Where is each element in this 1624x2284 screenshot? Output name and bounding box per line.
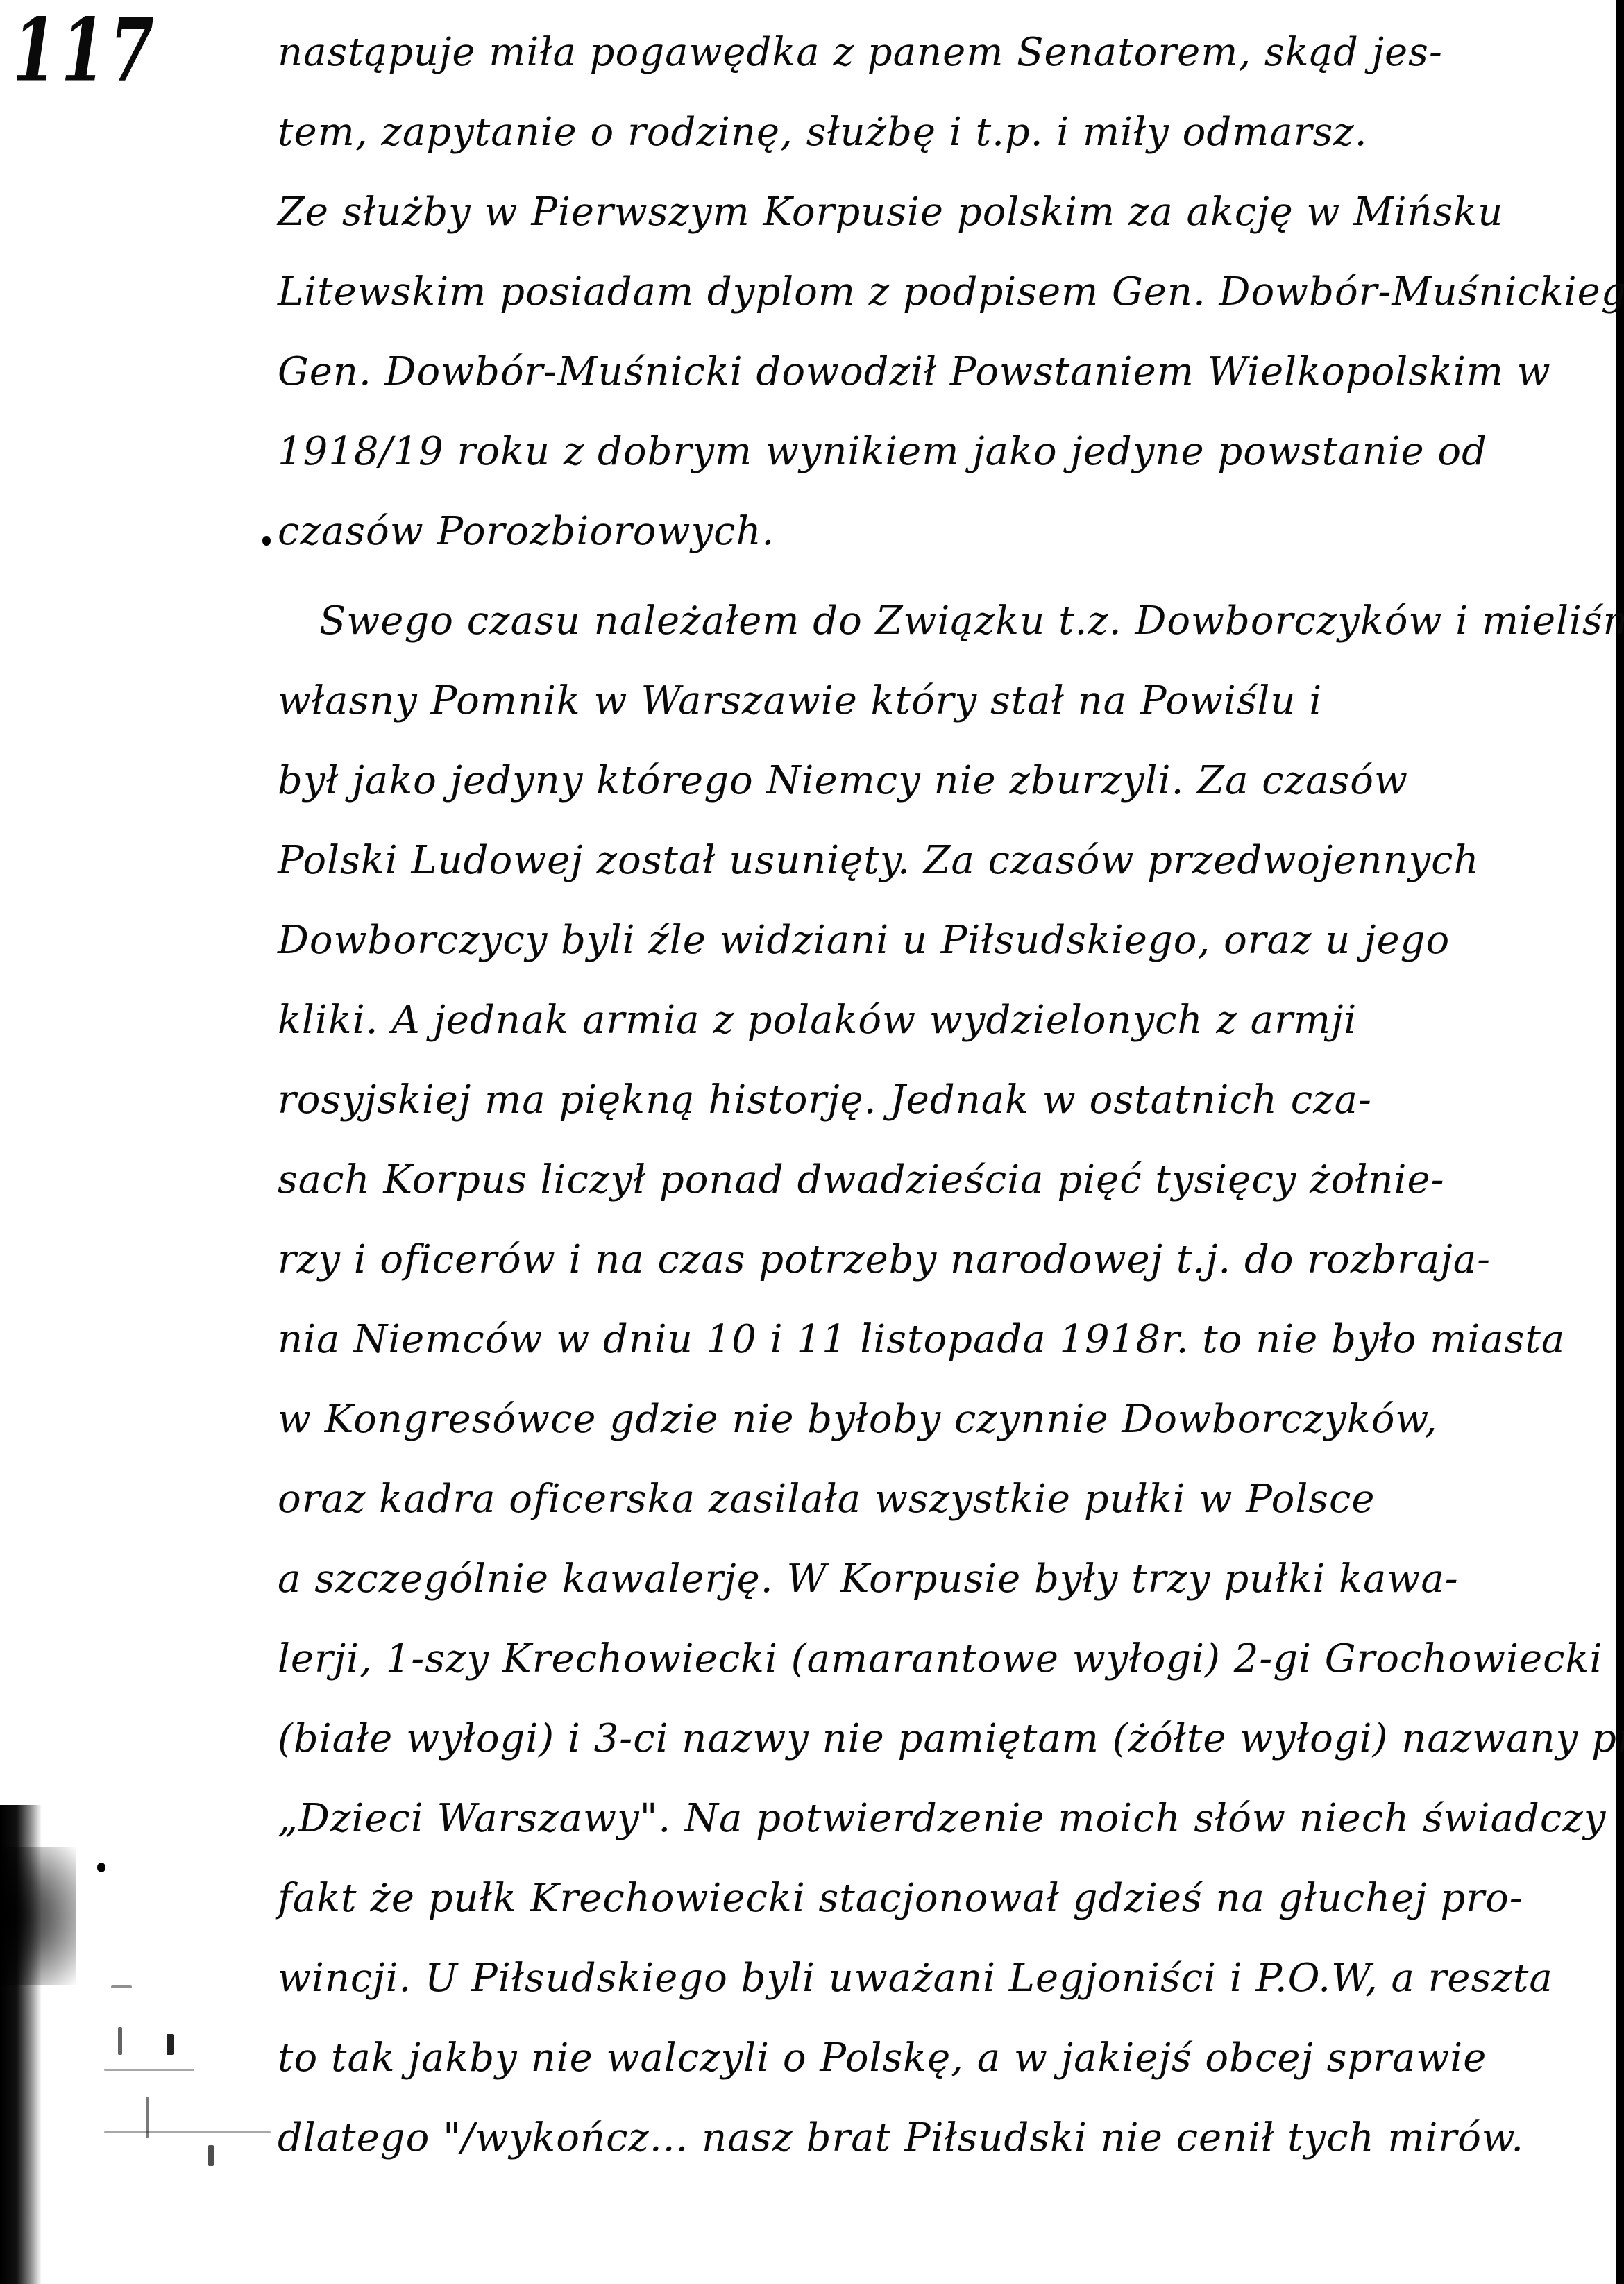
- text-line: Ze służby w Pierwszym Korpusie polskim z…: [278, 172, 1596, 252]
- scan-left-smudge-upper: [0, 1847, 76, 1985]
- text-line: sach Korpus liczył ponad dwadzieścia pię…: [278, 1140, 1596, 1220]
- text-line: Dowborczycy byli źle widziani u Piłsudsk…: [278, 900, 1596, 980]
- margin-marks: [104, 1979, 285, 2270]
- text-line: fakt że pułk Krechowiecki stacjonował gd…: [278, 1858, 1596, 1938]
- scan-edge-shadow: [1616, 0, 1624, 2284]
- text-line: to tak jakby nie walczyli o Polskę, a w …: [278, 2018, 1596, 2098]
- text-line: tem, zapytanie o rodzinę, służbę i t.p. …: [278, 92, 1596, 172]
- text-line: „Dzieci Warszawy". Na potwierdzenie moic…: [278, 1779, 1596, 1858]
- text-line: oraz kadra oficerska zasilała wszystkie …: [278, 1459, 1596, 1539]
- text-line: własny Pomnik w Warszawie który stał na …: [278, 661, 1596, 741]
- page-number: 117: [12, 7, 158, 93]
- text-line: dlatego "/wykończ... nasz brat Piłsudski…: [278, 2098, 1596, 2178]
- text-line: był jako jedyny którego Niemcy nie zburz…: [278, 741, 1596, 821]
- text-line: wincji. U Piłsudskiego byli uważani Legj…: [278, 1938, 1596, 2018]
- text-line: a szczególnie kawalerję. W Korpusie były…: [278, 1539, 1596, 1619]
- text-line: rzy i oficerów i na czas potrzeby narodo…: [278, 1220, 1596, 1300]
- ink-dot: [262, 536, 271, 546]
- text-line: kliki. A jednak armia z polaków wydzielo…: [278, 980, 1596, 1060]
- text-line: lerji, 1-szy Krechowiecki (amarantowe wy…: [278, 1619, 1596, 1699]
- manuscript-page: 117 nastąpuje miła pogawędka z panem Sen…: [0, 0, 1624, 2284]
- text-line: Polski Ludowej został usunięty. Za czasó…: [278, 821, 1596, 900]
- text-line: Litewskim posiadam dyplom z podpisem Gen…: [278, 252, 1596, 332]
- text-line: nia Niemców w dniu 10 i 11 listopada 191…: [278, 1300, 1596, 1379]
- text-line: 1918/19 roku z dobrym wynikiem jako jedy…: [278, 412, 1596, 492]
- text-line: nastąpuje miła pogawędka z panem Senator…: [278, 12, 1596, 92]
- text-line: Gen. Dowbór-Muśnicki dowodził Powstaniem…: [278, 332, 1596, 412]
- text-line-paragraph-start: Swego czasu należałem do Związku t.z. Do…: [278, 581, 1596, 661]
- manuscript-text: nastąpuje miła pogawędka z panem Senator…: [278, 12, 1596, 2178]
- text-line: w Kongresówce gdzie nie byłoby czynnie D…: [278, 1379, 1596, 1459]
- ink-dot: [97, 1863, 105, 1872]
- text-line: (białe wyłogi) i 3-ci nazwy nie pamiętam…: [278, 1699, 1596, 1779]
- text-line: czasów Porozbiorowych.: [278, 492, 1596, 571]
- text-line: rosyjskiej ma piękną historję. Jednak w …: [278, 1060, 1596, 1140]
